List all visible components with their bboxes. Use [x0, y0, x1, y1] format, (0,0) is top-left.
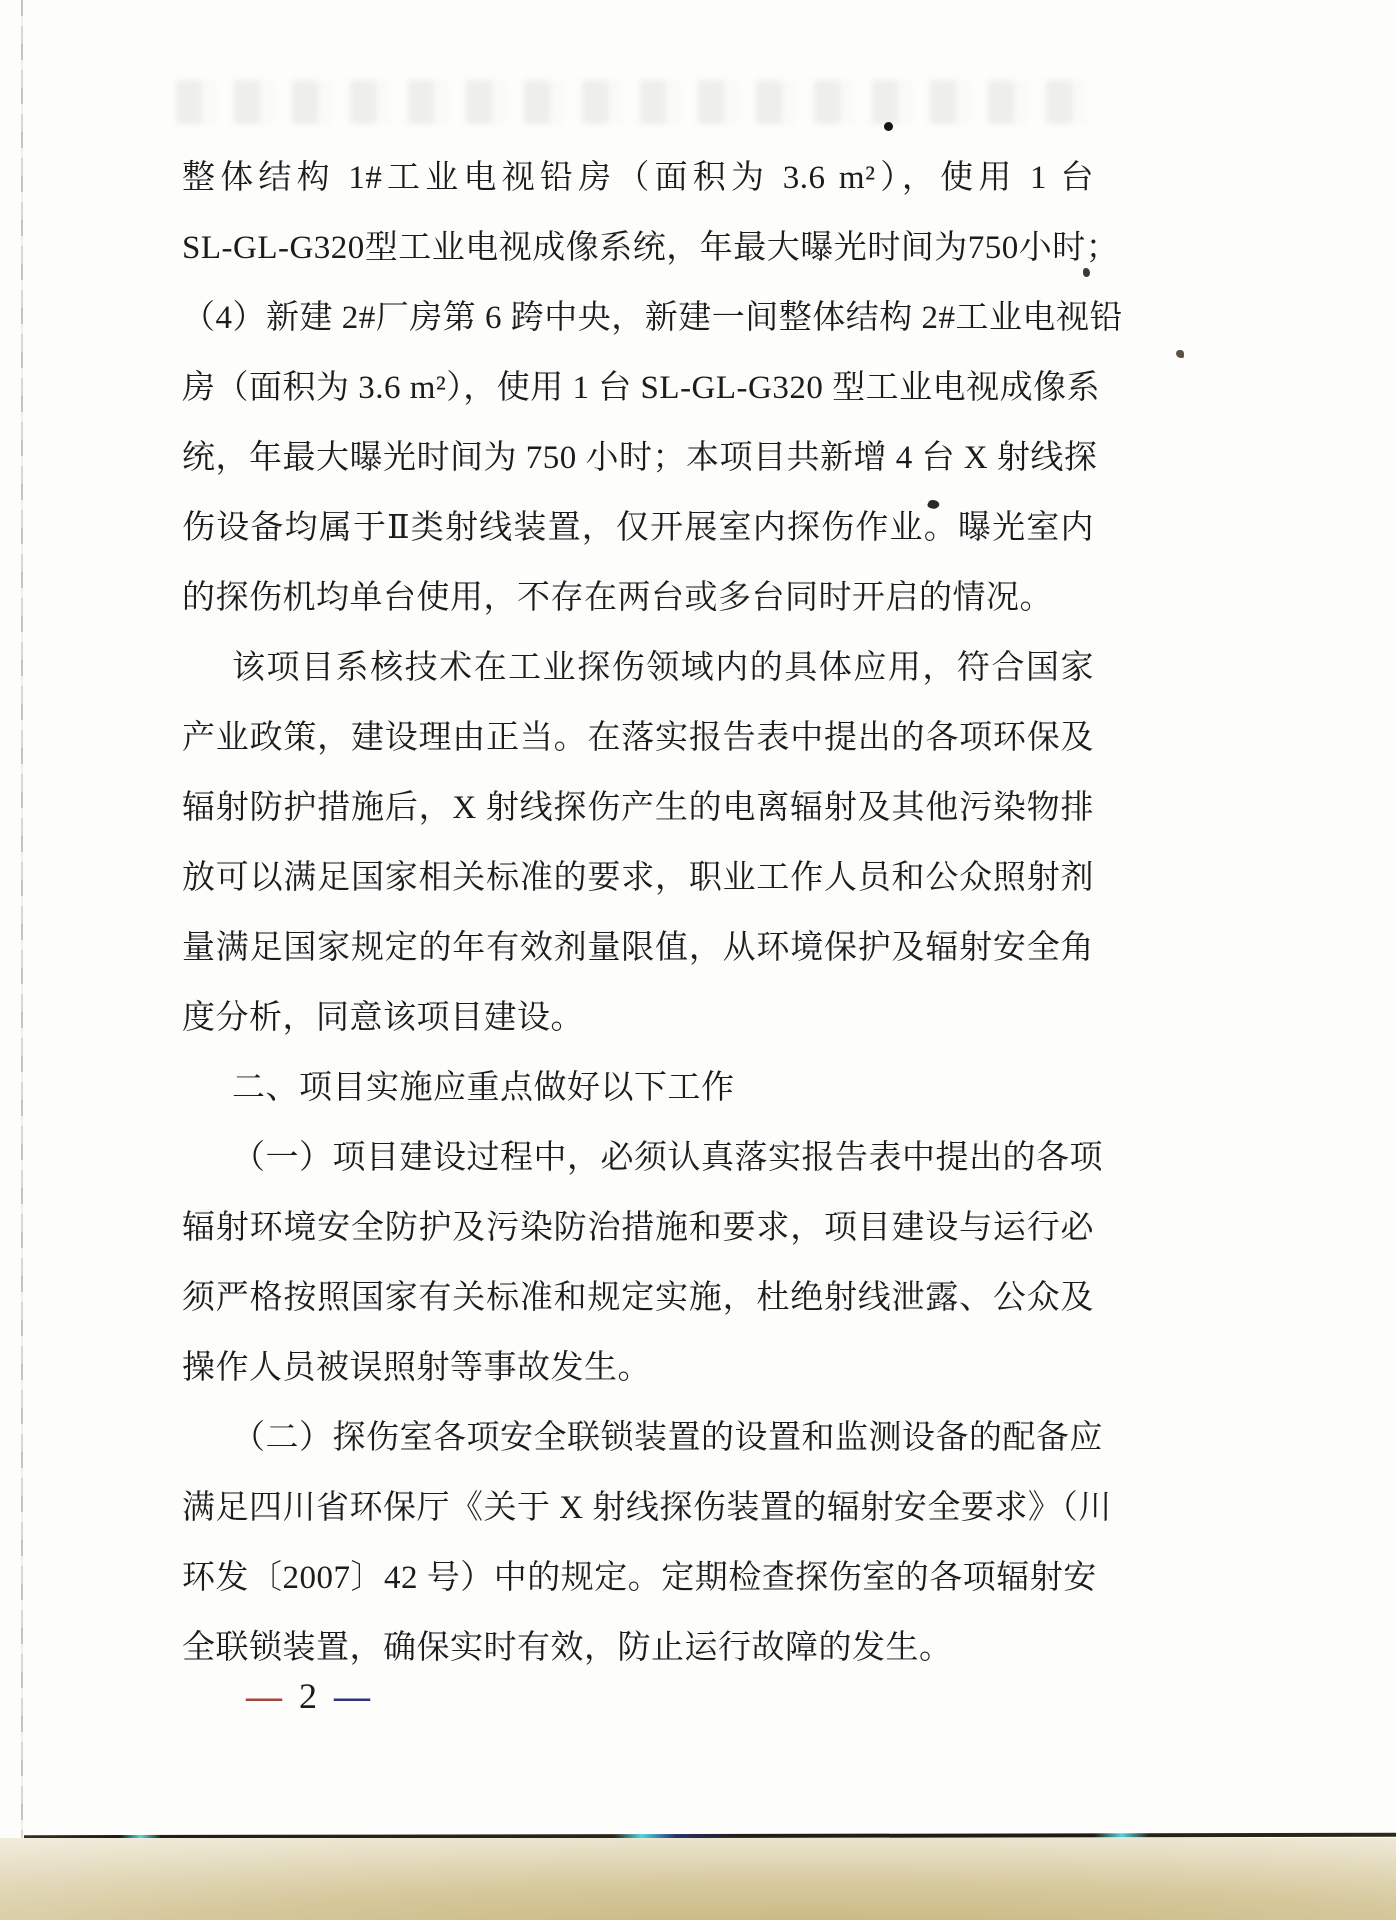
- document-line: 统，年最大曝光时间为 750 小时；本项目共新增 4 台 X 射线探: [182, 423, 1094, 493]
- bleed-through-ghosting: [176, 80, 1096, 124]
- ink-speck: [1176, 350, 1184, 358]
- document-line: （二）探伤室各项安全联锁装置的设置和监测设备的配备应: [182, 1403, 1094, 1473]
- section-heading: 二、项目实施应重点做好以下工作: [182, 1053, 1094, 1123]
- document-line: 放可以满足国家相关标准的要求，职业工作人员和公众照射剂: [182, 843, 1094, 913]
- footer-dash-left: —: [246, 1676, 283, 1716]
- document-line: （4）新建 2#厂房第 6 跨中央，新建一间整体结构 2#工业电视铅: [182, 283, 1094, 353]
- document-line: 的探伤机均单台使用，不存在两台或多台同时开启的情况。: [182, 563, 1094, 633]
- document-text: 整体结构 1#工业电视铅房（面积为 3.6 m²），使用 1 台 SL-GL-G…: [182, 143, 1094, 1683]
- scan-fold-line: [21, 0, 23, 1838]
- document-line: SL-GL-G320型工业电视成像系统，年最大曝光时间为750小时；: [182, 213, 1094, 283]
- document-line: 产业政策，建设理由正当。在落实报告表中提出的各项环保及: [182, 703, 1094, 773]
- document-line: 环发〔2007〕42 号）中的规定。定期检查探伤室的各项辐射安: [182, 1543, 1094, 1613]
- document-line: 全联锁装置，确保实时有效，防止运行故障的发生。: [182, 1613, 1094, 1683]
- scanned-document-page: 整体结构 1#工业电视铅房（面积为 3.6 m²），使用 1 台 SL-GL-G…: [0, 0, 1396, 1920]
- document-line: 辐射环境安全防护及污染防治措施和要求，项目建设与运行必: [182, 1193, 1094, 1263]
- document-line: 操作人员被误照射等事故发生。: [182, 1333, 1094, 1403]
- document-line: 须严格按照国家有关标准和规定实施，杜绝射线泄露、公众及: [182, 1263, 1094, 1333]
- page-footer: —2—: [246, 1674, 371, 1718]
- document-line: 整体结构 1#工业电视铅房（面积为 3.6 m²），使用 1 台: [182, 143, 1094, 213]
- document-line: 辐射防护措施后，X 射线探伤产生的电离辐射及其他污染物排: [182, 773, 1094, 843]
- document-line: （一）项目建设过程中，必须认真落实报告表中提出的各项: [182, 1123, 1094, 1193]
- document-line: 该项目系核技术在工业探伤领域内的具体应用，符合国家: [182, 633, 1094, 703]
- footer-dash-right: —: [334, 1676, 371, 1716]
- ink-speck: [1083, 268, 1090, 277]
- document-line: 量满足国家规定的年有效剂量限值，从环境保护及辐射安全角: [182, 913, 1094, 983]
- ink-speck: [884, 122, 893, 131]
- document-line: 房（面积为 3.6 m²），使用 1 台 SL-GL-G320 型工业电视成像系: [182, 353, 1094, 423]
- page-number: 2: [299, 1676, 318, 1716]
- document-line: 伤设备均属于Ⅱ类射线装置，仅开展室内探伤作业。曝光室内: [182, 493, 1094, 563]
- document-line: 度分析，同意该项目建设。: [182, 983, 1094, 1053]
- scanner-bed-area: [0, 1838, 1396, 1920]
- document-line: 满足四川省环保厅《关于 X 射线探伤装置的辐射安全要求》（川: [182, 1473, 1094, 1543]
